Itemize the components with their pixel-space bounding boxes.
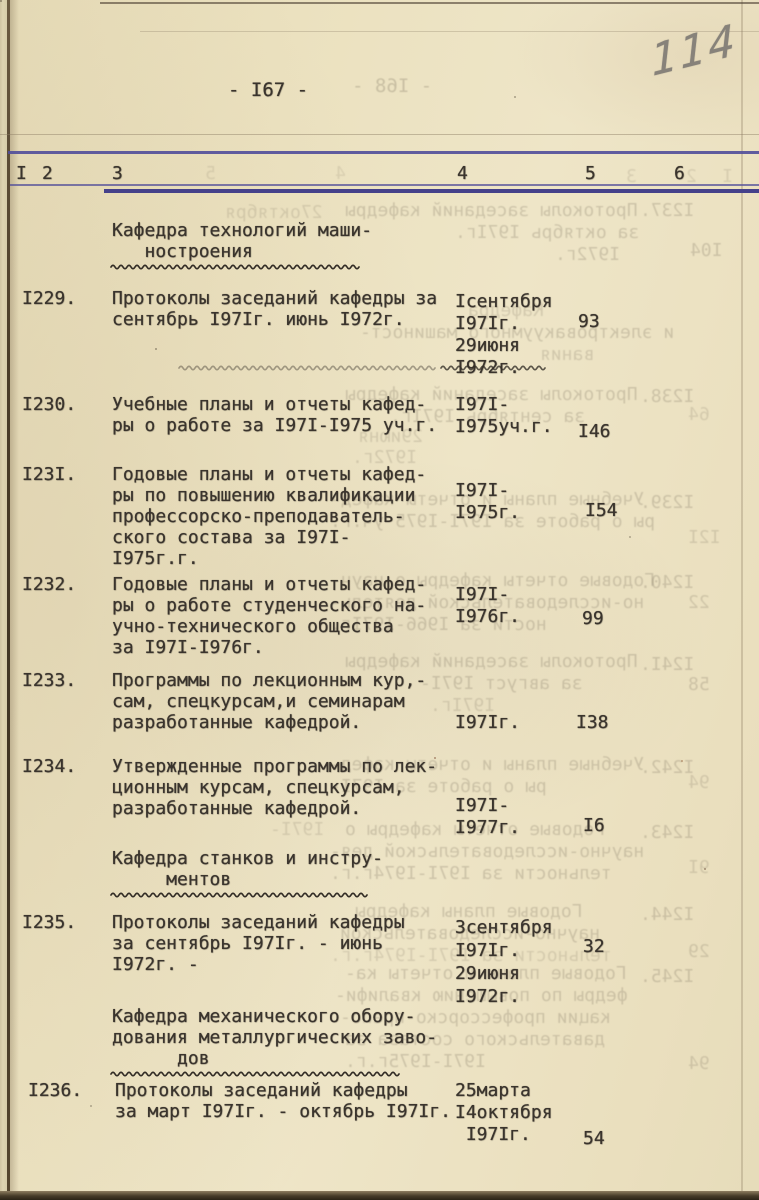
- entry-number: I230.: [22, 394, 76, 415]
- entry-dates: I97I- I976г.: [455, 584, 520, 628]
- entry-number: I229.: [22, 288, 76, 309]
- entry-dates: 25марта I4октября I97Iг.: [455, 1080, 553, 1146]
- page-number: - I67 -: [228, 80, 308, 101]
- entry-description: Учебные планы и отчеты кафед- ры о работ…: [112, 394, 437, 436]
- bleedthrough-text: 4: [335, 163, 346, 184]
- entry-dates: I97I- I975уч.г.: [455, 394, 553, 438]
- bleedthrough-text: 64: [688, 404, 710, 425]
- blue-rule-top: [8, 151, 759, 154]
- bleedthrough-text: I24I.: [640, 654, 694, 675]
- left-page-edge: [0, 0, 7, 1200]
- faint-ruled-line: [0, 134, 759, 135]
- entry-description: Протоколы заседаний кафедры за сентябрь …: [112, 288, 437, 330]
- column-header-3: 3: [112, 163, 123, 184]
- archive-page-scan: 5432II237.Протоколы заседаний кафедры27о…: [0, 0, 759, 1200]
- entry-page-count: 93: [578, 311, 600, 332]
- entry-description: Программы по лекционным кур,- сам, спецк…: [112, 670, 426, 733]
- bleedthrough-text: I242.: [640, 757, 694, 778]
- wavy-underline-3: [110, 1063, 402, 1071]
- entry-page-count: I6: [583, 815, 605, 836]
- column-header-1: I: [16, 163, 27, 184]
- entry-page-count: 99: [582, 608, 604, 629]
- entry-description: Годовые планы и отчеты кафед- ры по повы…: [112, 464, 426, 569]
- blue-rule-header-bottom-a: [10, 184, 759, 186]
- wavy-underline-1: [110, 256, 362, 264]
- column-header-6: 6: [674, 163, 685, 184]
- column-header-5: 5: [585, 163, 596, 184]
- paper-specks: [0, 0, 2, 2]
- bleedthrough-text: I244.: [640, 904, 694, 925]
- bleedthrough-text: 9I: [688, 857, 710, 878]
- bleedthrough-text: за октябрь I97Iг.: [455, 222, 639, 243]
- bleedthrough-text: 22: [688, 592, 710, 613]
- bleedthrough-text: I04: [690, 240, 723, 261]
- bottom-page-edge: [0, 1191, 759, 1200]
- column-header-4: 4: [457, 163, 468, 184]
- bleedthrough-text: 29: [688, 941, 710, 962]
- entry-page-count: 54: [583, 1128, 605, 1149]
- blue-rule-header-bottom-b: [104, 189, 759, 193]
- bleedthrough-text: I238.: [640, 386, 694, 407]
- bleedthrough-text: I243.: [640, 822, 694, 843]
- entry-number: I233.: [22, 670, 76, 691]
- bleedthrough-text: Протоколы заседаний кафедры: [345, 200, 638, 221]
- entry-number: I232.: [22, 574, 76, 595]
- handwritten-page-number: 114: [650, 15, 739, 87]
- top-paper-crease: [100, 2, 759, 4]
- entry-description: Протоколы заседаний кафедры за сентябрь …: [112, 912, 405, 975]
- bleedthrough-text: 94: [688, 772, 710, 793]
- ghost-page-number: - I68 -: [352, 76, 432, 97]
- bleedthrough-text: 58: [688, 674, 710, 695]
- bleedthrough-text: I245.: [640, 966, 694, 987]
- bleedthrough-text: за август I97I-: [420, 673, 583, 694]
- entry-dates: I97I- I977г.: [455, 795, 520, 839]
- entry-number: I23I.: [22, 464, 76, 485]
- bleedthrough-text: I972г.: [555, 244, 620, 265]
- entry-page-count: I46: [578, 421, 611, 442]
- entry-page-count: I38: [576, 712, 609, 733]
- bleedthrough-text: I237.: [640, 200, 694, 221]
- entry-description: Утвержденные программы по лек- ционным к…: [112, 756, 437, 819]
- bleedthrough-text: 5: [205, 163, 216, 184]
- bleedthrough-text: I2I: [688, 527, 721, 548]
- bleedthrough-text: 94: [688, 1053, 710, 1074]
- entry-number: I236.: [28, 1080, 82, 1101]
- section-heading-3: Кафедра механического обору- дования мет…: [112, 1006, 437, 1069]
- entry-page-count: I54: [585, 500, 618, 521]
- wavy-bleed-line: [178, 357, 440, 365]
- wavy-underline-2: [110, 884, 374, 892]
- entry-dates: I97I- I975г.: [455, 480, 520, 524]
- bleedthrough-text: I97I-: [270, 819, 324, 840]
- entry-number: I234.: [22, 756, 76, 777]
- wavy-underline-dates: [440, 357, 552, 365]
- bleedthrough-text: I239.: [640, 492, 694, 513]
- entry-page-count: 32: [583, 936, 605, 957]
- entry-dates: I97Iг.: [455, 712, 520, 734]
- right-page-edge: [741, 0, 743, 1200]
- column-header-2: 2: [42, 163, 53, 184]
- entry-dates: 3сентября I97Iг. 29июня I972г.: [455, 916, 553, 1008]
- entry-description: Годовые планы и отчеты кафед- ры о работ…: [112, 574, 426, 658]
- entry-number: I235.: [22, 912, 76, 933]
- entry-description: Протоколы заседаний кафедры за март I97I…: [115, 1080, 451, 1122]
